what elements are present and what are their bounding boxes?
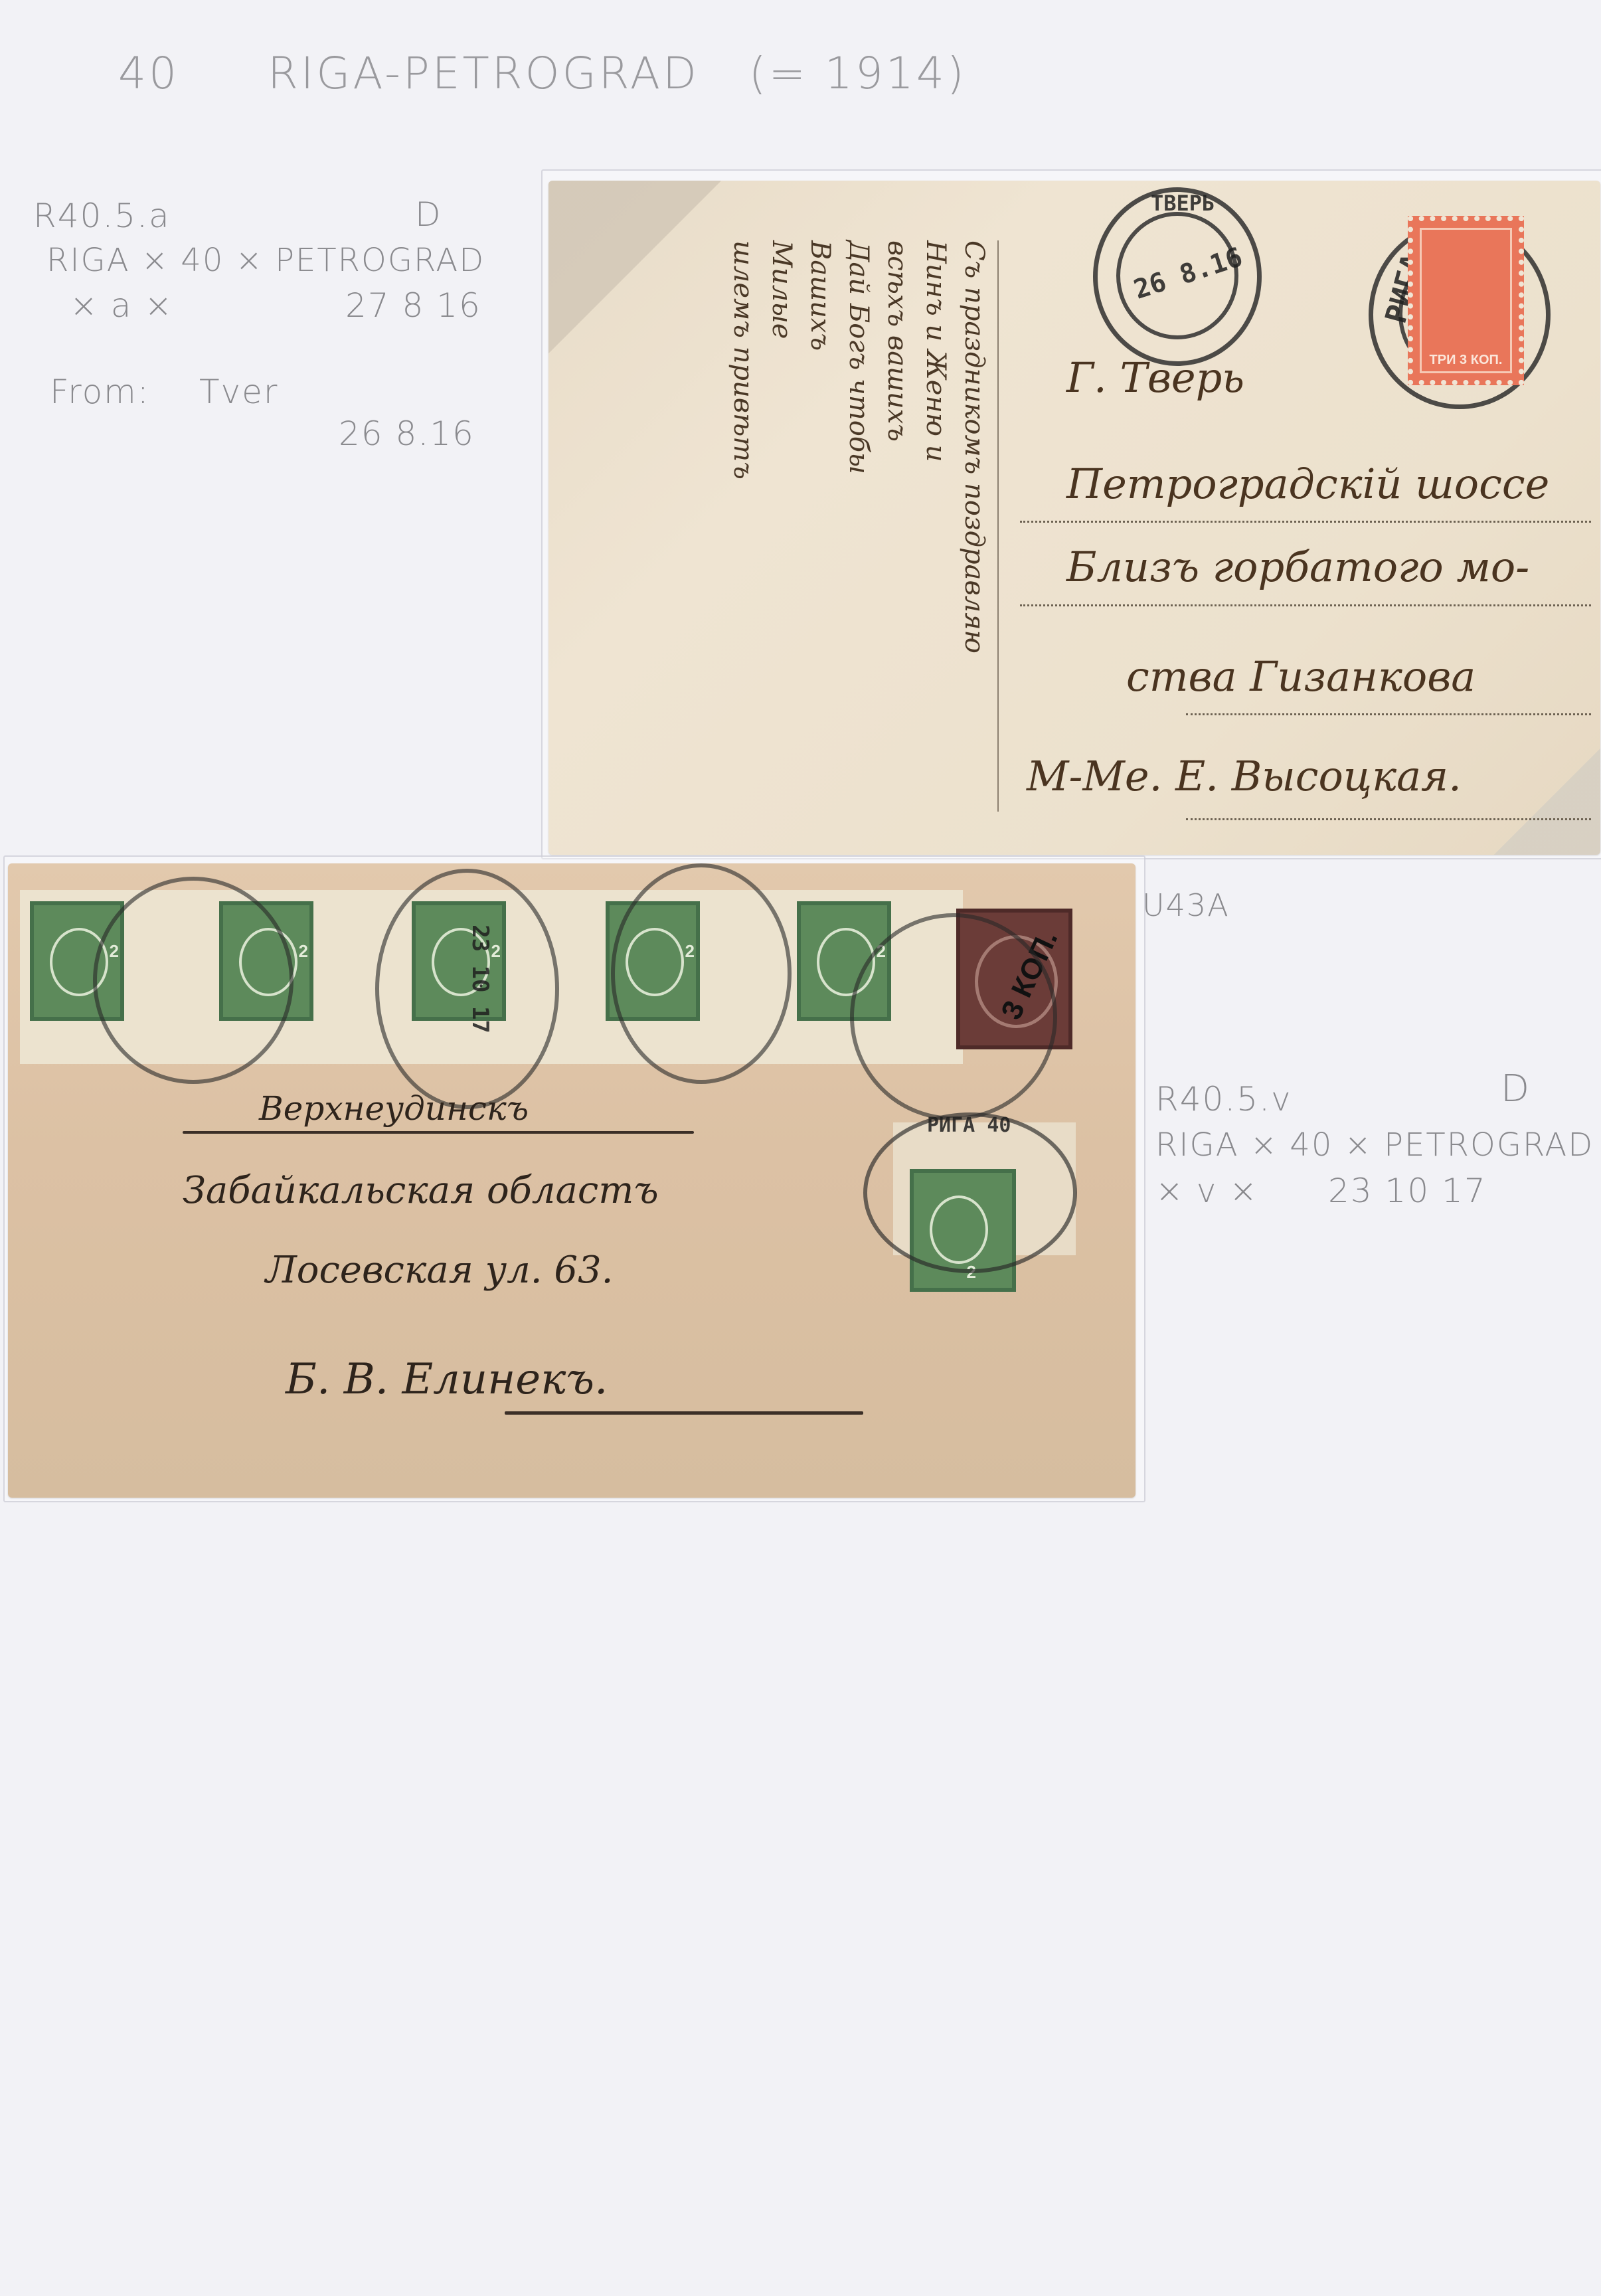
grade: D — [1501, 1071, 1531, 1108]
message-line: Дай Богъ чтобы — [839, 240, 878, 838]
message-line: шлемъ привѣтъ — [724, 240, 762, 838]
message-line: всѣхъ вашихъ — [878, 240, 916, 838]
catalogue-ref: R40.5.a — [33, 199, 171, 232]
address-line: ства Гизанкова — [1126, 652, 1475, 701]
postcard-divider — [997, 240, 999, 812]
riga-postmark — [93, 877, 294, 1084]
message-line: Вашихъ — [801, 240, 839, 838]
message-line: Съ праздникомъ поздравляю — [955, 240, 993, 838]
grade: D — [415, 198, 442, 231]
address-line: Забайкальская областъ — [183, 1169, 659, 1212]
route-name: RIGA-PETROGRAD — [268, 48, 699, 99]
stamp-3-kop-red: ТРИ 3 КОП. — [1408, 216, 1524, 385]
address-line: М-Ме. Е. Высоцкая. — [1027, 752, 1462, 800]
address-line: Г. Тверь — [1066, 353, 1244, 402]
origin-date: 26 8.16 — [339, 417, 475, 450]
riga-postmark — [611, 863, 792, 1084]
postmark-text: RIGA × 40 × PETROGRAD — [1155, 1129, 1594, 1161]
route-number: 40 — [118, 48, 179, 99]
address-underline — [183, 1131, 694, 1134]
strike-date: 23 10 17 — [1328, 1174, 1487, 1207]
catalogue-ref: R40.5.v — [1155, 1083, 1292, 1116]
tver-postmark: ТВЕРЬ 26 8.16 — [1093, 187, 1262, 366]
page-heading: 40 RIGA-PETROGRAD (= 1914) — [118, 52, 967, 96]
handwritten-message: Съ праздникомъ поздравляю Нинъ и Женю и … — [661, 240, 993, 838]
strike-date: 27 8 16 — [345, 289, 481, 322]
address-line: Б. В. Елинекъ. — [286, 1355, 608, 1404]
address-line: Верхнеудинскъ — [259, 1089, 529, 1128]
sleeve-corner — [1494, 749, 1600, 855]
index-letter: × v × — [1155, 1174, 1258, 1207]
riga-postmark: РИГА 40 — [863, 1112, 1077, 1273]
riga-postmark: 23 10 17 — [375, 869, 559, 1109]
address-line: Близъ горбатого мо- — [1066, 543, 1529, 591]
address-underline — [505, 1411, 863, 1415]
origin-place: Tver — [199, 375, 278, 408]
postmark-text: RIGA × 40 × PETROGRAD — [46, 244, 485, 276]
route-year-note: (= 1914) — [749, 48, 967, 99]
message-line: Нинъ и Женю и — [916, 240, 955, 838]
origin-label: From: — [50, 375, 150, 408]
message-line: Милые — [762, 240, 801, 838]
index-letter: × a × — [70, 289, 173, 322]
riga-postmark — [850, 913, 1057, 1120]
address-line: Петроградскiй шоссе — [1066, 460, 1549, 508]
address-line: Лосевская ул. 63. — [266, 1249, 613, 1292]
stationery-ref: U43A — [1142, 890, 1230, 921]
